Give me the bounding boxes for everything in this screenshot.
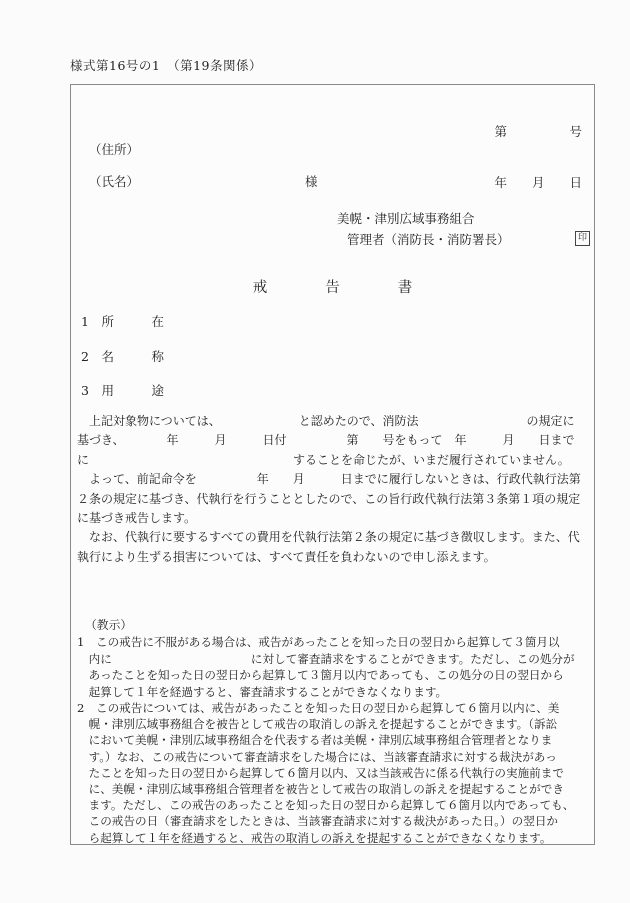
doc-number-date-block: 第 号 年 月 日 xyxy=(494,89,582,225)
notice-item-1: 1 この戒告に不服がある場合は、戒告があったことを知った日の翌日から起算して３箇… xyxy=(77,634,590,700)
notice-line: 1 この戒告に不服がある場合は、戒告があったことを知った日の翌日から起算して３箇… xyxy=(77,634,590,651)
notice-line: この戒告の日（審査請求をしたときは、当該審査請求に対する裁決があった日。）の翌日… xyxy=(77,813,590,829)
notice-line: ら起算して１年を経過すると、戒告の取消しの訴えを提起することができなくなります。 xyxy=(77,830,590,846)
notice-line: あったことを知った日の翌日から起算して３箇月以内であっても、この処分の日の翌日か… xyxy=(77,667,590,684)
address-label: （住所） xyxy=(89,140,139,158)
notice-line: す。）なお、この戒告について審査請求をした場合には、当該審査請求に対する裁決があ… xyxy=(77,749,590,765)
body-paragraphs: 上記対象物については、 と認めたので、消防法 の規定に 基づき、 年 月 日付 … xyxy=(77,412,590,567)
notice-line: ます。ただし、この戒告のあったことを知った日の翌日から起算して６箇月以内であって… xyxy=(77,797,590,813)
notice-heading: （教示） xyxy=(85,616,132,633)
body-line: ２条の規定に基づき、代執行を行うこととしたので、この旨行政代執行法第３条第１項の… xyxy=(77,490,590,509)
field-location: 1 所 在 xyxy=(81,312,164,330)
body-line: なお、代執行に要するすべての費用を代執行法第２条の規定に基づき徴収します。また、… xyxy=(77,528,590,547)
issuer-organization: 美幌・津別広域事務組合 xyxy=(337,209,475,227)
notice-line: 2 この戒告については、戒告があったことを知った日の翌日から起算して６箇月以内に… xyxy=(77,700,590,716)
body-line: よって、前記命令を 年 月 日までに履行しないときは、行政代執行法第 xyxy=(77,470,590,489)
body-line: に することを命じたが、いまだ履行されていません。 xyxy=(77,451,590,470)
doc-number-line: 第 号 xyxy=(494,123,582,140)
document-title: 戒 告 書 xyxy=(71,276,594,297)
notice-line: 幌・津別広域事務組合を被告として戒告の取消しの訴えを提起することができます。（訴… xyxy=(77,716,590,732)
notice-line: たことを知った日の翌日から起算して６箇月以内、又は当該戒告に係る代執行の実施前ま… xyxy=(77,765,590,781)
field-name: 2 名 称 xyxy=(81,347,164,365)
body-line: 基づき、 年 月 日付 第 号をもって 年 月 日まで xyxy=(77,431,590,450)
honorific-label: 様 xyxy=(305,172,318,190)
body-line: 執行により生ずる損害については、すべて責任を負わないので申し添えます。 xyxy=(77,548,590,567)
doc-date-line: 年 月 日 xyxy=(494,174,582,191)
seal-mark: 印 xyxy=(575,231,590,246)
name-row: （氏名） 様 xyxy=(89,172,489,190)
body-line: に基づき戒告します。 xyxy=(77,509,590,528)
issuer-title-line: 管理者（消防長・消防署長） xyxy=(347,230,510,248)
notice-line: 内に に対して審査請求をすることができます。ただし、この処分が xyxy=(77,651,590,668)
form-number-label: 様式第16号の1 （第19条関係） xyxy=(70,56,262,74)
field-use: 3 用 途 xyxy=(81,381,164,399)
document-border-box: 第 号 年 月 日 （住所） （氏名） 様 美幌・津別広域事務組合 管理者（消防… xyxy=(70,84,595,845)
body-line: 上記対象物については、 と認めたので、消防法 の規定に xyxy=(77,412,590,431)
name-label: （氏名） xyxy=(89,174,139,189)
notice-line: において美幌・津別広域事務組合を代表する者は美幌・津別広域事務組合管理者となりま xyxy=(77,732,590,748)
notice-line: に、美幌・津別広域事務組合管理者を被告として戒告の取消しの訴えを提起することがで… xyxy=(77,781,590,797)
notice-item-2: 2 この戒告については、戒告があったことを知った日の翌日から起算して６箇月以内に… xyxy=(77,700,590,846)
notice-line: 起算して１年を経過すると、審査請求することができなくなります。 xyxy=(77,684,590,701)
document-page: 様式第16号の1 （第19条関係） 第 号 年 月 日 （住所） （氏名） 様 … xyxy=(0,0,630,903)
